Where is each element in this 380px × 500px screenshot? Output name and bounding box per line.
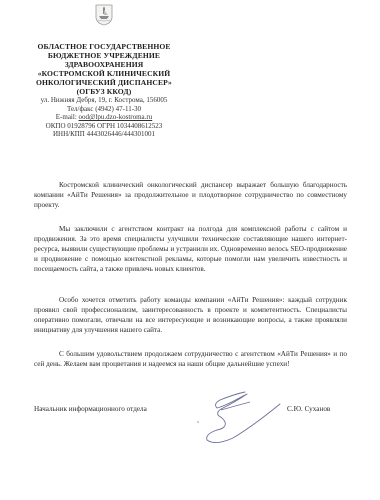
email-link[interactable]: ood@lpu.dzo-kostroma.ru [79, 113, 153, 121]
paragraph-text: С большим удовольствием продолжаем сотру… [34, 349, 347, 369]
handwritten-signature-icon [195, 388, 285, 448]
letter-paragraph-1: Костромской клинический онкологический д… [34, 180, 347, 210]
paragraph-text: Костромской клинический онкологический д… [34, 180, 347, 210]
org-name-line: ОБЛАСТНОЕ ГОСУДАРСТВЕННОЕ [2, 42, 206, 51]
org-name-line: ЗДРАВООХРАНЕНИЯ [2, 60, 206, 69]
letter-paragraph-4: С большим удовольствием продолжаем сотру… [34, 349, 347, 369]
org-name-line: БЮДЖЕТНОЕ УЧРЕЖДЕНИЕ [2, 51, 206, 60]
paragraph-text: Особо хочется отметить работу команды ко… [34, 295, 347, 335]
email-label: E-mail: [56, 113, 79, 121]
org-address: ул. Нижняя Дебря, 19, г. Кострома, 15600… [2, 96, 206, 105]
letter-paragraph-2: Мы заключили с агентством контракт на по… [34, 224, 347, 274]
org-name-line: «КОСТРОМСКОЙ КЛИНИЧЕСКИЙ [2, 69, 206, 78]
org-phone: Тел/факс (4942) 47-11-30 [2, 105, 206, 114]
coat-of-arms-icon [94, 4, 114, 26]
org-inn-kpp: ИНН/КПП 4443026446/444301001 [2, 130, 206, 139]
org-name-line: ОНКОЛОГИЧЕСКИЙ ДИСПАНСЕР» [2, 78, 206, 87]
org-email-row: E-mail: ood@lpu.dzo-kostroma.ru [2, 113, 206, 122]
org-abbreviation: (ОГБУЗ ККОД) [2, 87, 206, 96]
letter-paragraph-3: Особо хочется отметить работу команды ко… [34, 295, 347, 335]
signer-name: С.Ю. Суханов [287, 405, 330, 413]
letterhead: ОБЛАСТНОЕ ГОСУДАРСТВЕННОЕ БЮДЖЕТНОЕ УЧРЕ… [2, 42, 206, 139]
paragraph-text: Мы заключили с агентством контракт на по… [34, 224, 347, 274]
signer-position: Начальник информационного отдела [34, 405, 147, 413]
org-okpo-ogrn: ОКПО 01928796 ОГРН 1034408612523 [2, 122, 206, 131]
